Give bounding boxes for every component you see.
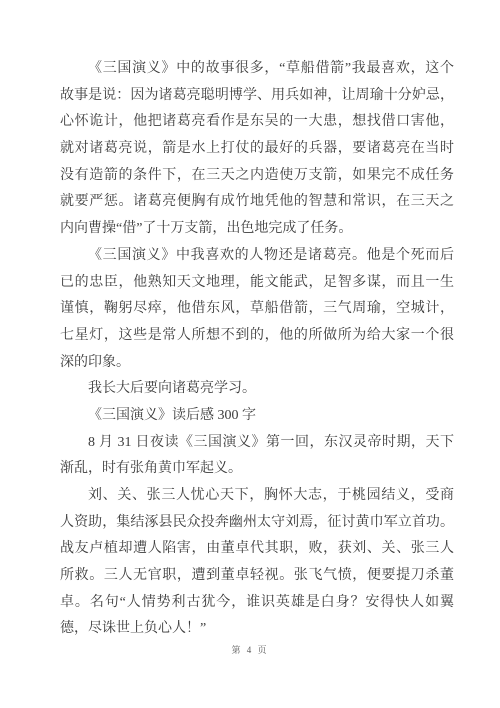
paragraph: 刘、关、张三人忧心天下，胸怀大志，于桃园结义，受商 人资助，集结涿县民众投奔幽州… (60, 483, 454, 643)
text-line: 就对诸葛亮说，箭是水上打仗的最好的兵器，要诸葛亮在当时 (60, 136, 454, 163)
text-line: 人资助，集结涿县民众投奔幽州太守刘焉，征讨黄巾军立首功。 (60, 510, 454, 537)
text-line: 《三国演义》读后感 300 字 (60, 403, 454, 430)
text-line: 深的印象。 (60, 350, 454, 377)
text-line: 谨慎，鞠躬尽瘁，他借东风，草船借箭，三气周瑜，空城计， (60, 296, 454, 323)
text-line: 已的忠臣，他熟知天文地理，能文能武，足智多谋，而且一生 (60, 270, 454, 297)
text-line: 渐乱，时有张角黄巾军起义。 (60, 456, 454, 483)
paragraph: 我长大后要向诸葛亮学习。 (60, 376, 454, 403)
text-line: 8 月 31 日夜读《三国演义》第一回，东汉灵帝时期，天下 (60, 430, 454, 457)
page-footer: 第 4 页 (0, 643, 500, 656)
text-line: 没有造箭的条件下，在三天之内造使万支箭，如果完不成任务 (60, 163, 454, 190)
page-number: 第 4 页 (231, 645, 268, 655)
text-line: 心怀诡计，他把诸葛亮看作是东吴的一大患，想找借口害他， (60, 109, 454, 136)
paragraph: 《三国演义》读后感 300 字 (60, 403, 454, 430)
text-line: 内向曹操“借”了十万支箭，出色地完成了任务。 (60, 216, 454, 243)
text-line: 《三国演义》中的故事很多，“草船借箭”我最喜欢，这个 (60, 56, 454, 83)
text-line: 战友卢植却遭人陷害，由董卓代其职，败，获刘、关、张三人 (60, 536, 454, 563)
text-line: 卓。名句“人情势利古犹今，谁识英雄是白身？安得快人如翼 (60, 590, 454, 617)
text-line: 刘、关、张三人忧心天下，胸怀大志，于桃园结义，受商 (60, 483, 454, 510)
text-line: 我长大后要向诸葛亮学习。 (60, 376, 454, 403)
paragraph: 《三国演义》中我喜欢的人物还是诸葛亮。他是个死而后 已的忠臣，他熟知天文地理，能… (60, 243, 454, 376)
text-line: 就要严惩。诸葛亮便胸有成竹地凭他的智慧和常识，在三天之 (60, 189, 454, 216)
paragraph: 8 月 31 日夜读《三国演义》第一回，东汉灵帝时期，天下 渐乱，时有张角黄巾军… (60, 430, 454, 483)
text-line: 德，尽诛世上负心人！” (60, 616, 454, 643)
text-line: 所救。三人无官职，遭到董卓轻视。张飞气愤，便要提刀杀董 (60, 563, 454, 590)
paragraph: 《三国演义》中的故事很多，“草船借箭”我最喜欢，这个 故事是说：因为诸葛亮聪明博… (60, 56, 454, 243)
text-line: 七星灯，这些是常人所想不到的，他的所做所为给大家一个很 (60, 323, 454, 350)
document-body: 《三国演义》中的故事很多，“草船借箭”我最喜欢，这个 故事是说：因为诸葛亮聪明博… (60, 56, 454, 643)
document-page: 《三国演义》中的故事很多，“草船借箭”我最喜欢，这个 故事是说：因为诸葛亮聪明博… (0, 0, 500, 708)
text-line: 故事是说：因为诸葛亮聪明博学、用兵如神，让周瑜十分妒忌， (60, 83, 454, 110)
text-line: 《三国演义》中我喜欢的人物还是诸葛亮。他是个死而后 (60, 243, 454, 270)
